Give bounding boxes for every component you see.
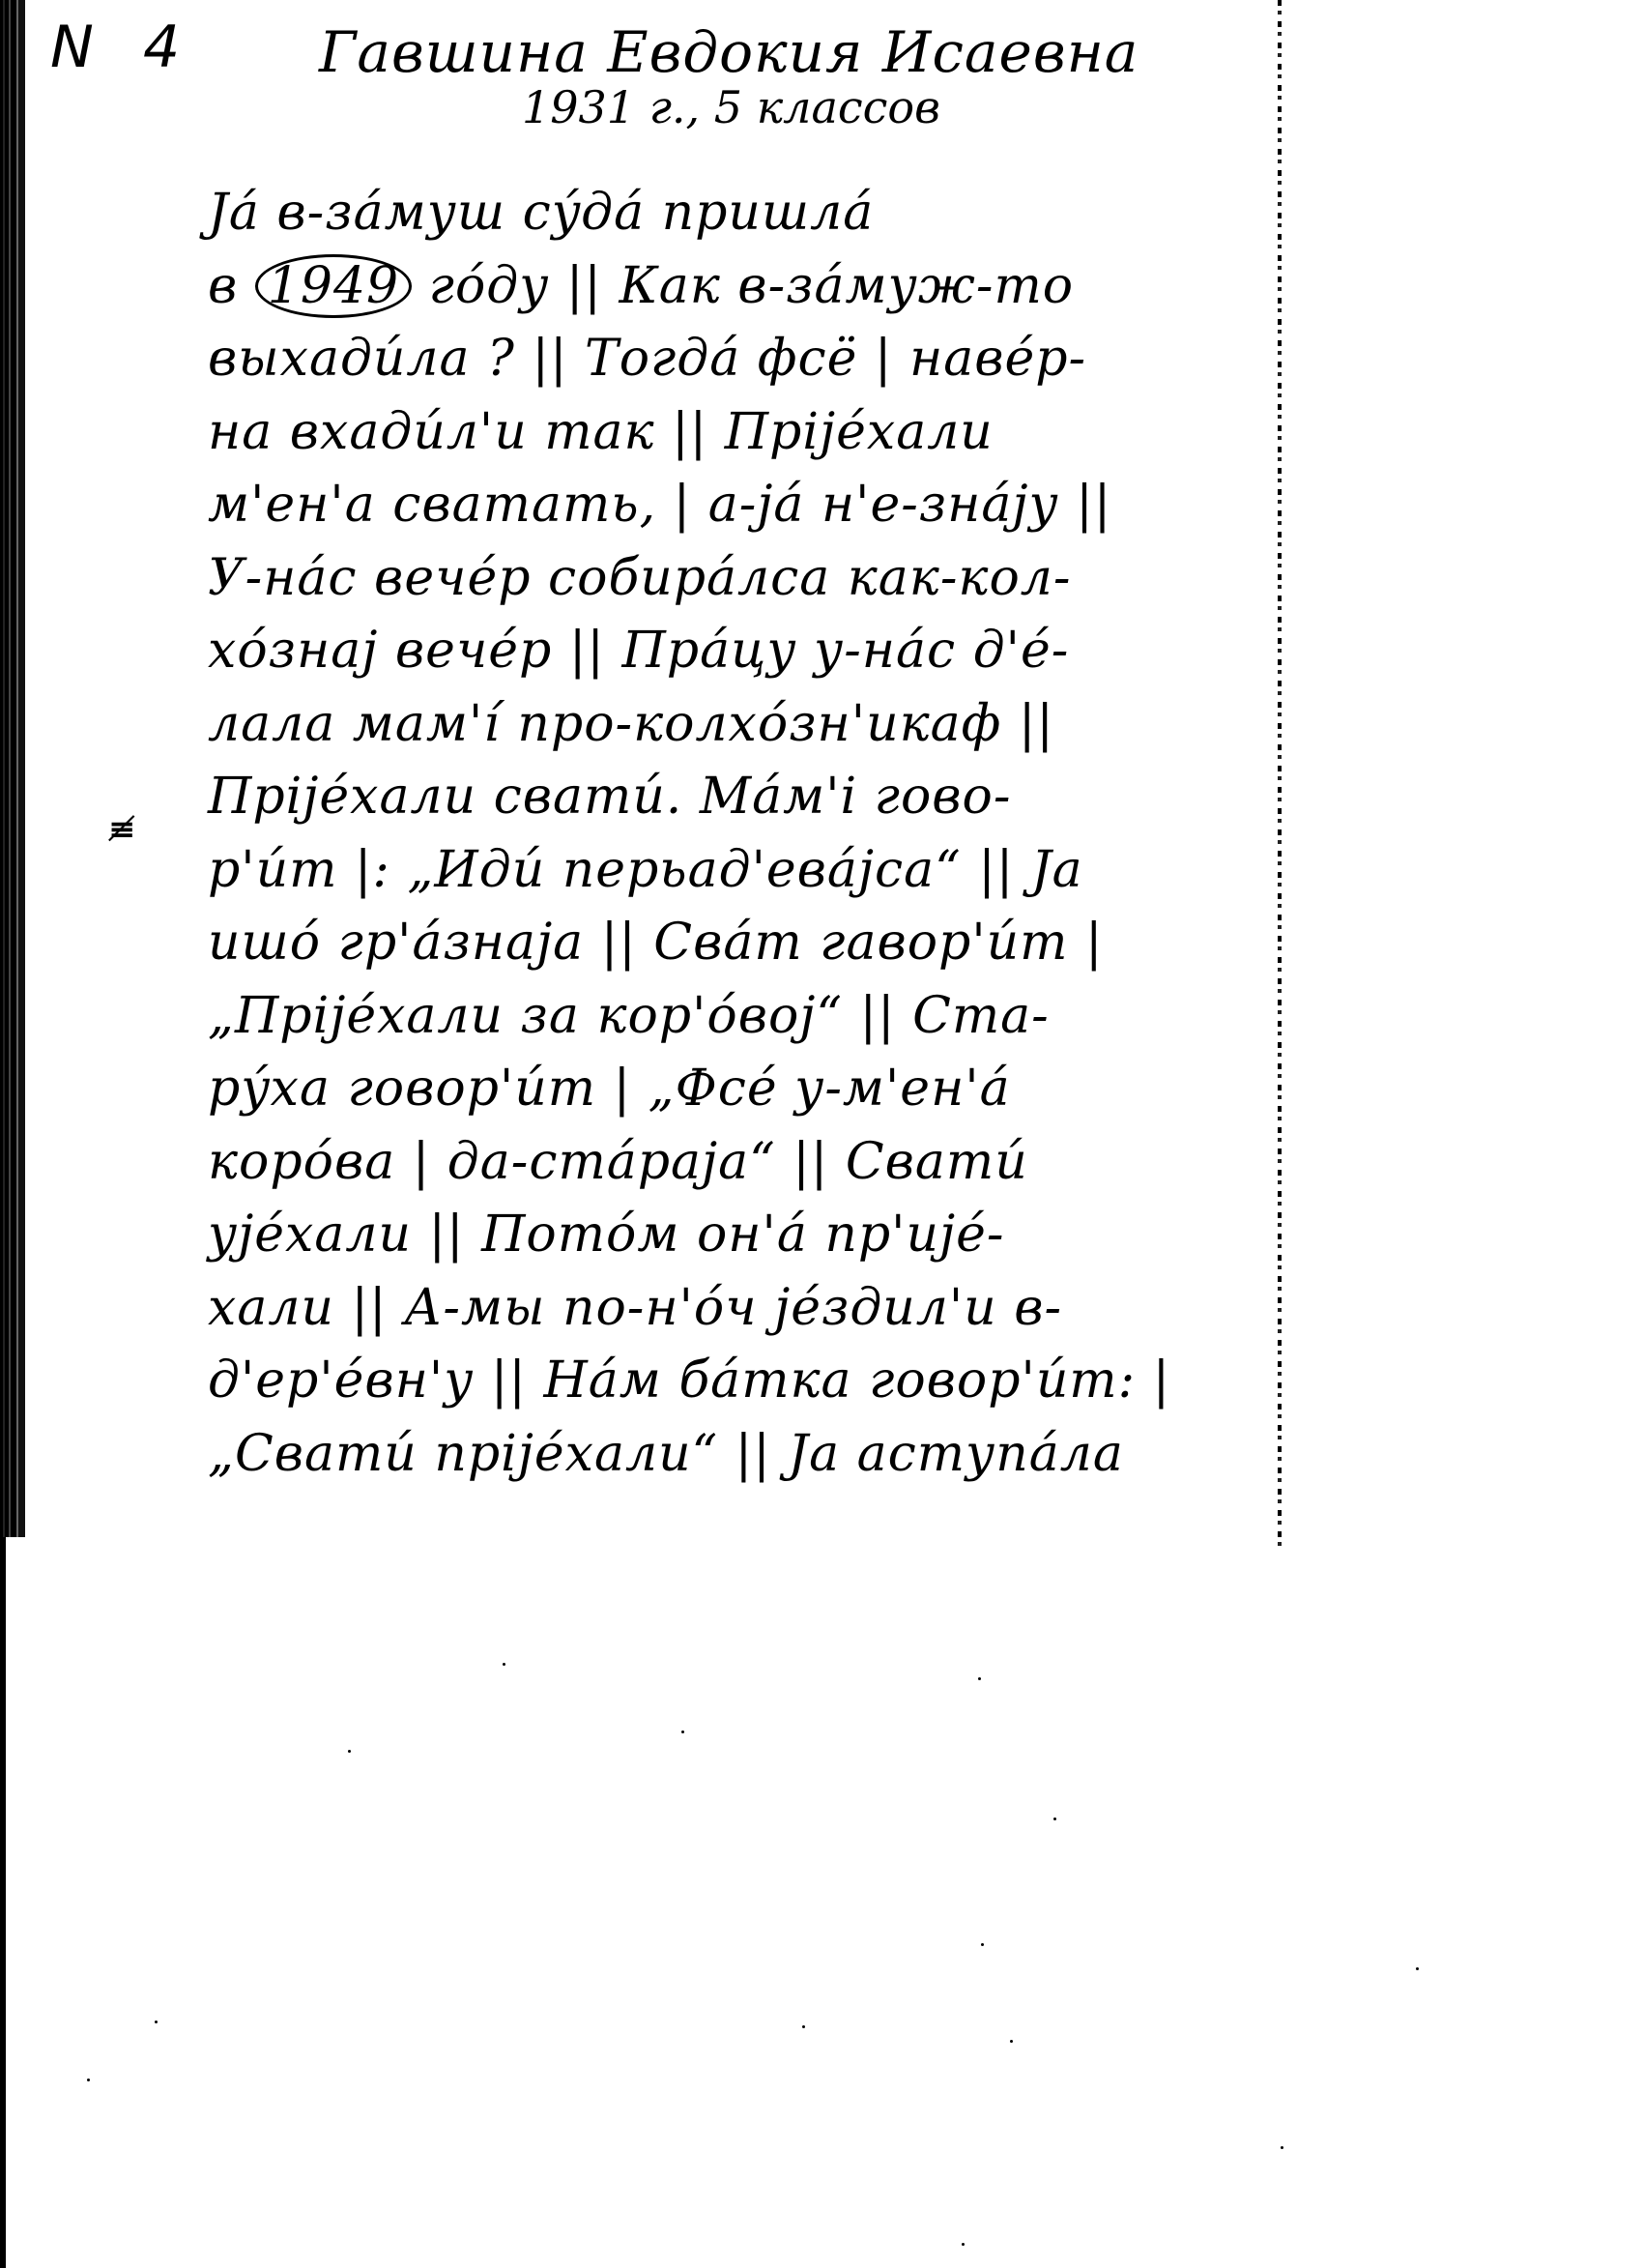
text-line: хóзнај вечéр || Прáцу у-нáс д'é- [208,622,1276,680]
scan-edge-line [0,1537,6,2268]
scan-speck [1281,2146,1283,2149]
document-header: N 4 Гавшина Евдокия Исаевна 1931 г., 5 к… [0,0,1276,145]
text-line: на вхадúл'и так || Прijéхали [208,403,1276,461]
scan-speck [1416,1967,1419,1970]
text-line: „Сватú прijéхали“ || Ја аступáла [208,1425,1276,1483]
text-line: Já в-зáмуш сýдá пришлá [208,184,1276,242]
page-border-right [1278,0,1282,1547]
text-line: У-нáс вечéр собирáлса как-кол- [208,549,1276,607]
text-line: хали || А-мы по-н'óч јéздил'и в- [208,1279,1276,1337]
text-line: уjéхали || Потóм он'á пр'иjé- [208,1206,1276,1264]
text-line: выхадúла ? || Тогдá фсё | навéр- [208,330,1276,388]
text-line: м'ен'а сватать, | а-já н'е-знáју || [208,476,1276,534]
text-line: Прijéхали сватú. Мáм'і гово- [208,768,1276,826]
scan-speck [1053,1817,1056,1820]
scan-speck [87,2079,90,2081]
scan-speck [681,1730,684,1733]
transcription-body: Já в-зáмуш сýдá пришлá в 1949 гóду || Ка… [208,184,1276,1497]
circled-year: 1949 [255,254,412,318]
text-line: р'úт |: „Идú перьад'евáјса“ || Ја [208,841,1276,899]
margin-mark: ≢ [108,810,136,849]
text-line: д'ер'éвн'у || Нáм бáтка говор'úт: | [208,1352,1276,1410]
text-line: корóва | да-стáраја“ || Сватú [208,1133,1276,1191]
scan-speck [962,2243,965,2246]
scan-speck [1010,2040,1013,2043]
text-line: в 1949 гóду || Как в-зáмуж-то [208,257,1276,315]
scan-edge-shadow [0,0,25,1537]
scan-speck [802,2025,805,2028]
text-line: рýха говор'úт | „Фсé у-м'ен'á [208,1060,1276,1118]
scan-speck [348,1750,351,1753]
speaker-name: Гавшина Евдокия Исаевна [319,19,1139,85]
scan-speck [155,2021,158,2023]
scan-speck [981,1943,984,1946]
scan-speck [978,1677,981,1680]
text-line: ишó гр'áзнаја || Свáт гавор'úт | [208,914,1276,972]
scan-speck [503,1663,505,1666]
text-line: лала мам'í про-колхóзн'икаф || [208,695,1276,753]
document-number: N 4 [50,14,195,81]
speaker-meta: 1931 г., 5 классов [522,81,940,133]
text-line: „Прijéхали за кор'óвој“ || Ста- [208,987,1276,1045]
